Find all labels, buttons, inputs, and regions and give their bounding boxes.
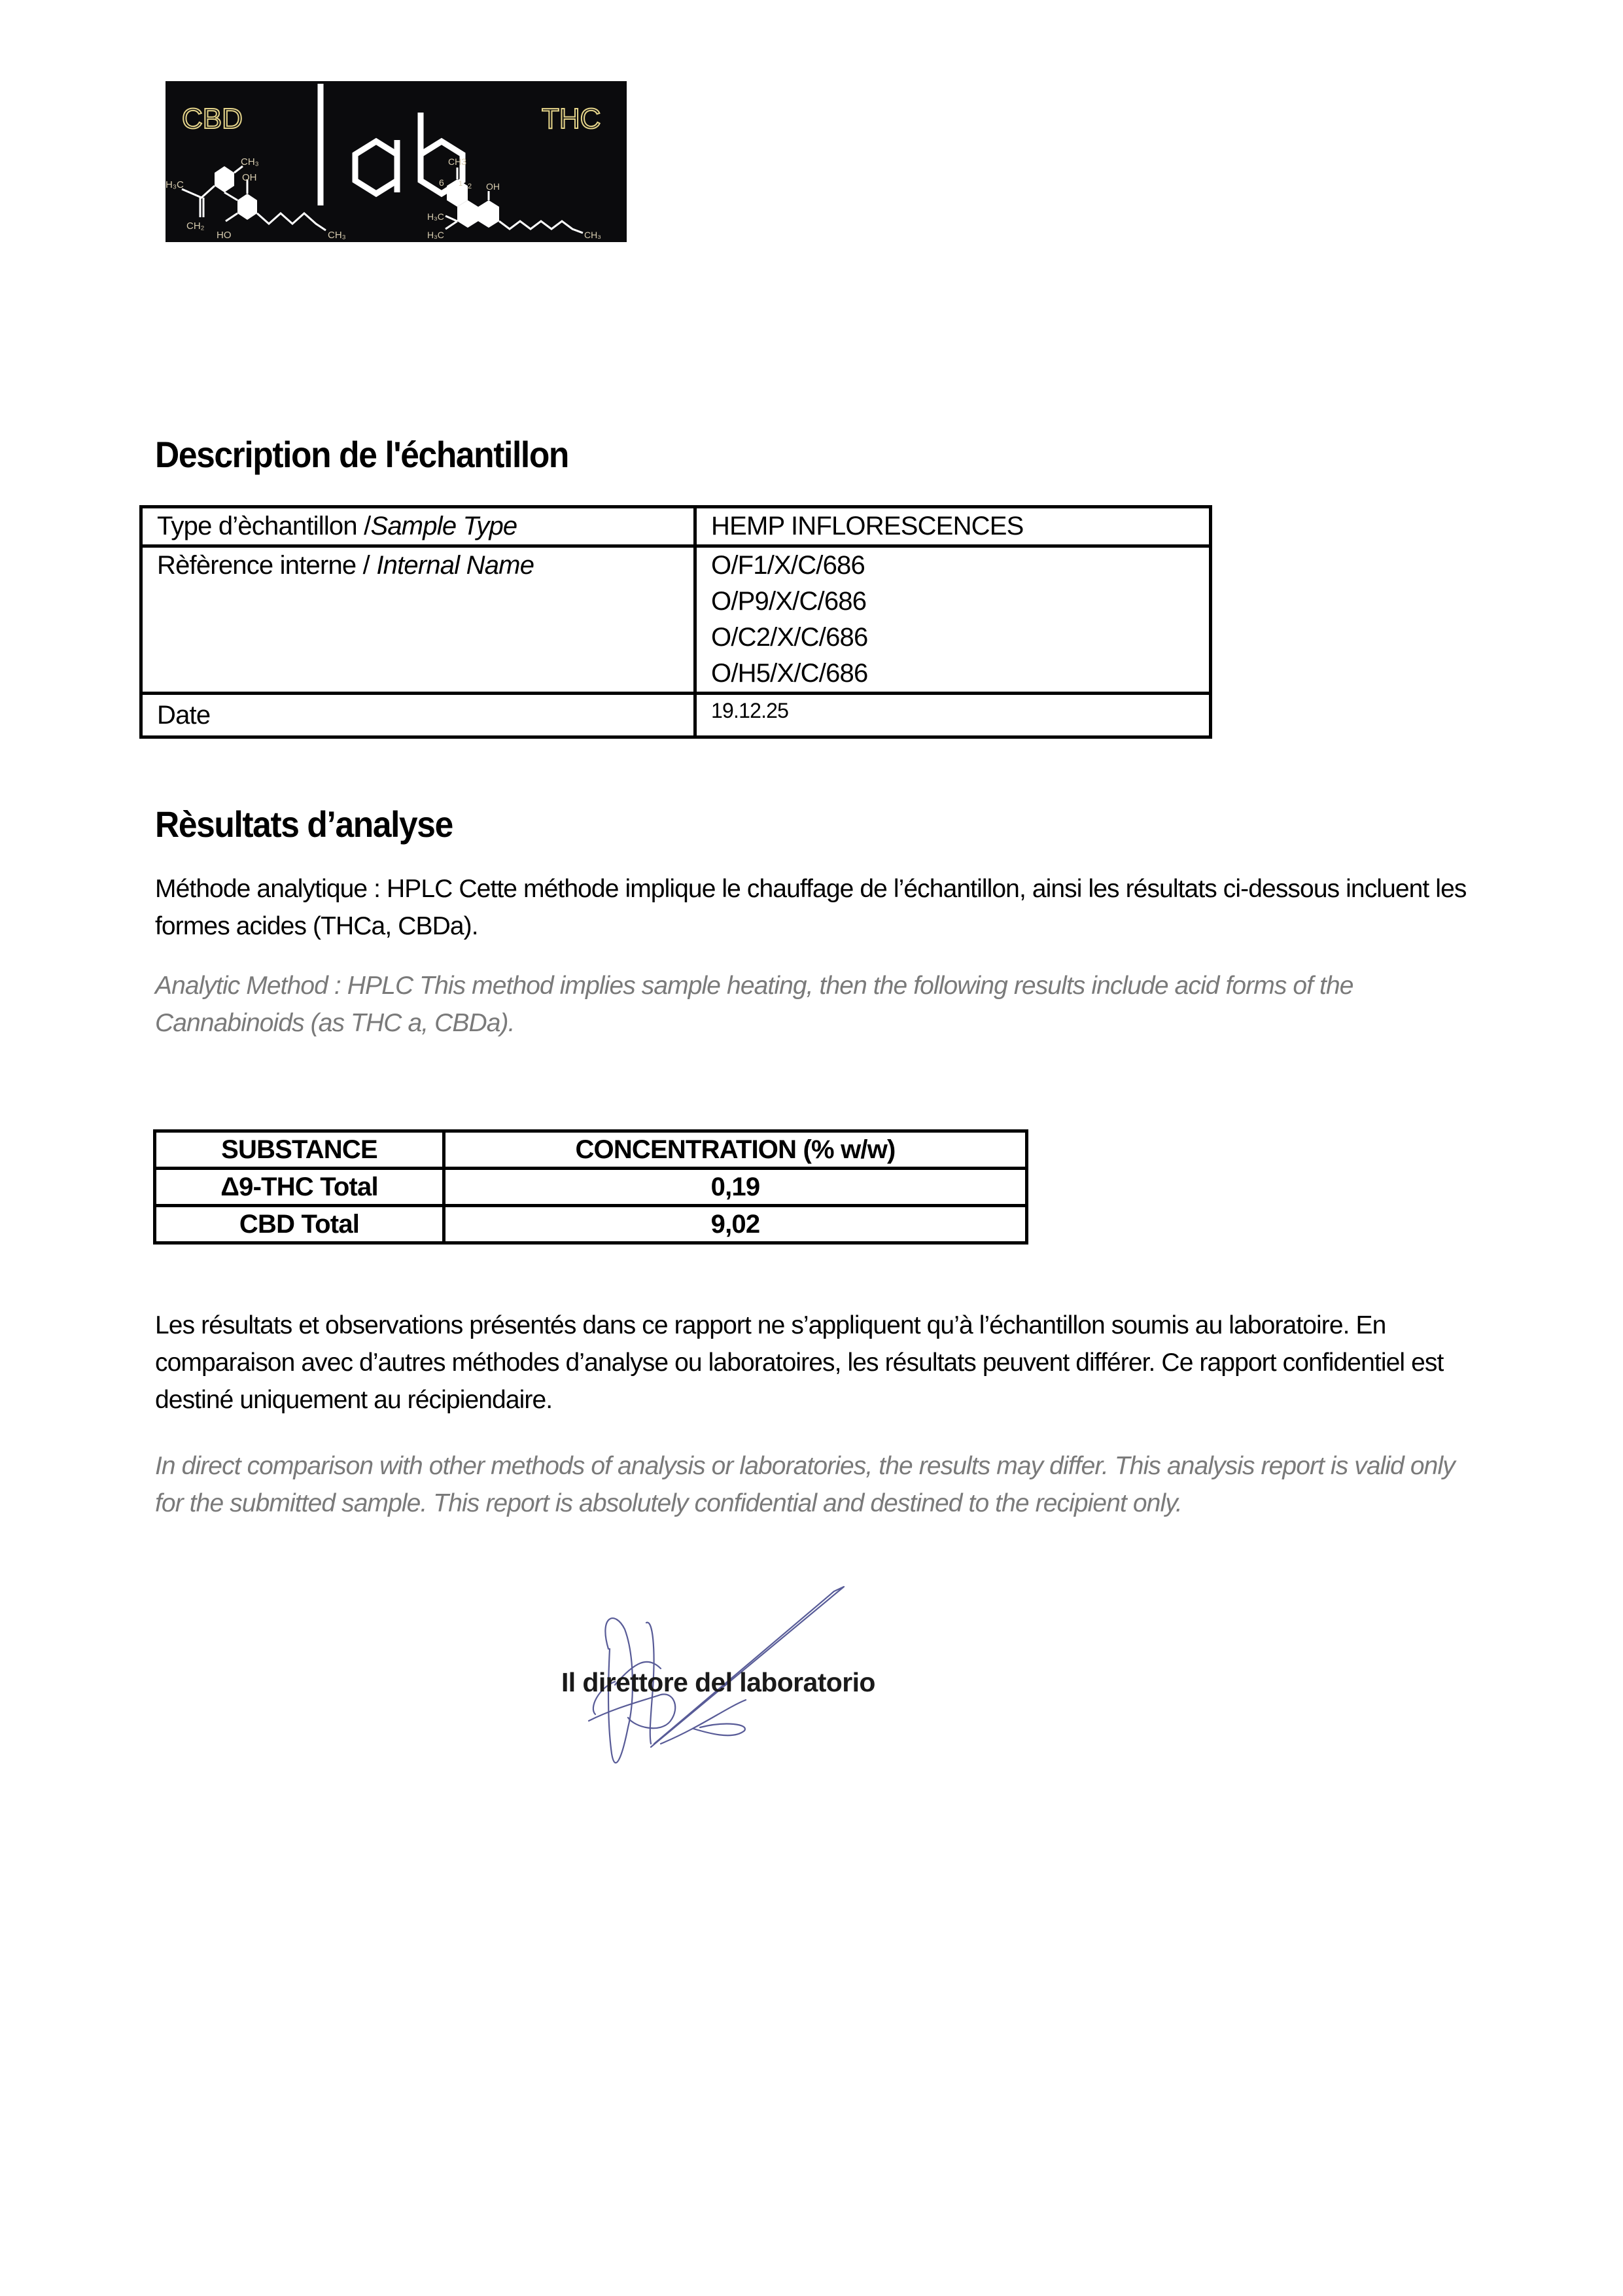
- svg-text:6: 6: [439, 177, 444, 188]
- sample-type-label: Type d’èchantillon /Sample Type: [141, 507, 695, 546]
- lab-logo: CBD THC CH₃: [166, 81, 627, 242]
- date-value: 19.12.25: [695, 694, 1211, 737]
- svg-text:2: 2: [468, 183, 472, 190]
- svg-text:CH₃: CH₃: [584, 230, 601, 240]
- disclaimer-fr: Les résultats et observations présentés …: [155, 1307, 1476, 1419]
- concentration-value: 0,19: [444, 1169, 1027, 1206]
- svg-text:OH: OH: [242, 172, 257, 183]
- table-row: CBD Total 9,02: [155, 1206, 1027, 1243]
- concentration-value: 9,02: [444, 1206, 1027, 1243]
- table-row: Rèfèrence interne / Internal Name O/F1/X…: [141, 546, 1211, 694]
- svg-text:CH₃: CH₃: [328, 230, 346, 241]
- svg-text:1: 1: [459, 180, 462, 188]
- column-header-concentration: CONCENTRATION (% w/w): [444, 1131, 1027, 1169]
- signature-label: Il direttore del laboratorio: [561, 1667, 875, 1698]
- internal-reference: O/H5/X/C/686: [711, 656, 1209, 692]
- table-header-row: SUBSTANCE CONCENTRATION (% w/w): [155, 1131, 1027, 1169]
- sample-type-value: HEMP INFLORESCENCES: [695, 507, 1211, 546]
- internal-name-label: Rèfèrence interne / Internal Name: [141, 546, 695, 694]
- svg-text:CH₃: CH₃: [241, 156, 259, 168]
- svg-text:HO: HO: [217, 230, 232, 241]
- table-row: Type d’èchantillon /Sample Type HEMP INF…: [141, 507, 1211, 546]
- results-table: SUBSTANCE CONCENTRATION (% w/w) Δ9-THC T…: [153, 1129, 1028, 1245]
- table-row: Date 19.12.25: [141, 694, 1211, 737]
- substance-name: CBD Total: [155, 1206, 444, 1243]
- date-label: Date: [141, 694, 695, 737]
- internal-reference: O/C2/X/C/686: [711, 620, 1209, 656]
- table-row: Δ9-THC Total 0,19: [155, 1169, 1027, 1206]
- internal-reference: O/F1/X/C/686: [711, 548, 1209, 584]
- sample-description-table: Type d’èchantillon /Sample Type HEMP INF…: [139, 505, 1212, 739]
- section-title-analysis-results: Rèsultats d’analyse: [155, 803, 453, 845]
- logo-cbd-label: CBD: [182, 103, 243, 135]
- column-header-substance: SUBSTANCE: [155, 1131, 444, 1169]
- method-description-fr: Méthode analytique : HPLC Cette méthode …: [155, 870, 1476, 945]
- svg-text:OH: OH: [486, 181, 500, 192]
- method-description-en: Analytic Method : HPLC This method impli…: [155, 967, 1476, 1042]
- substance-name: Δ9-THC Total: [155, 1169, 444, 1206]
- internal-name-values: O/F1/X/C/686 O/P9/X/C/686 O/C2/X/C/686 O…: [695, 546, 1211, 694]
- svg-text:H₃C: H₃C: [427, 230, 444, 240]
- svg-text:H₃C: H₃C: [166, 179, 184, 190]
- svg-text:CH3: CH3: [448, 156, 466, 167]
- logo-thc-label: THC: [542, 103, 601, 135]
- svg-text:CH₂: CH₂: [186, 221, 205, 232]
- section-title-sample-description: Description de l'échantillon: [155, 433, 568, 476]
- internal-reference: O/P9/X/C/686: [711, 584, 1209, 620]
- disclaimer-en: In direct comparison with other methods …: [155, 1447, 1476, 1522]
- svg-text:H₃C: H₃C: [427, 211, 444, 222]
